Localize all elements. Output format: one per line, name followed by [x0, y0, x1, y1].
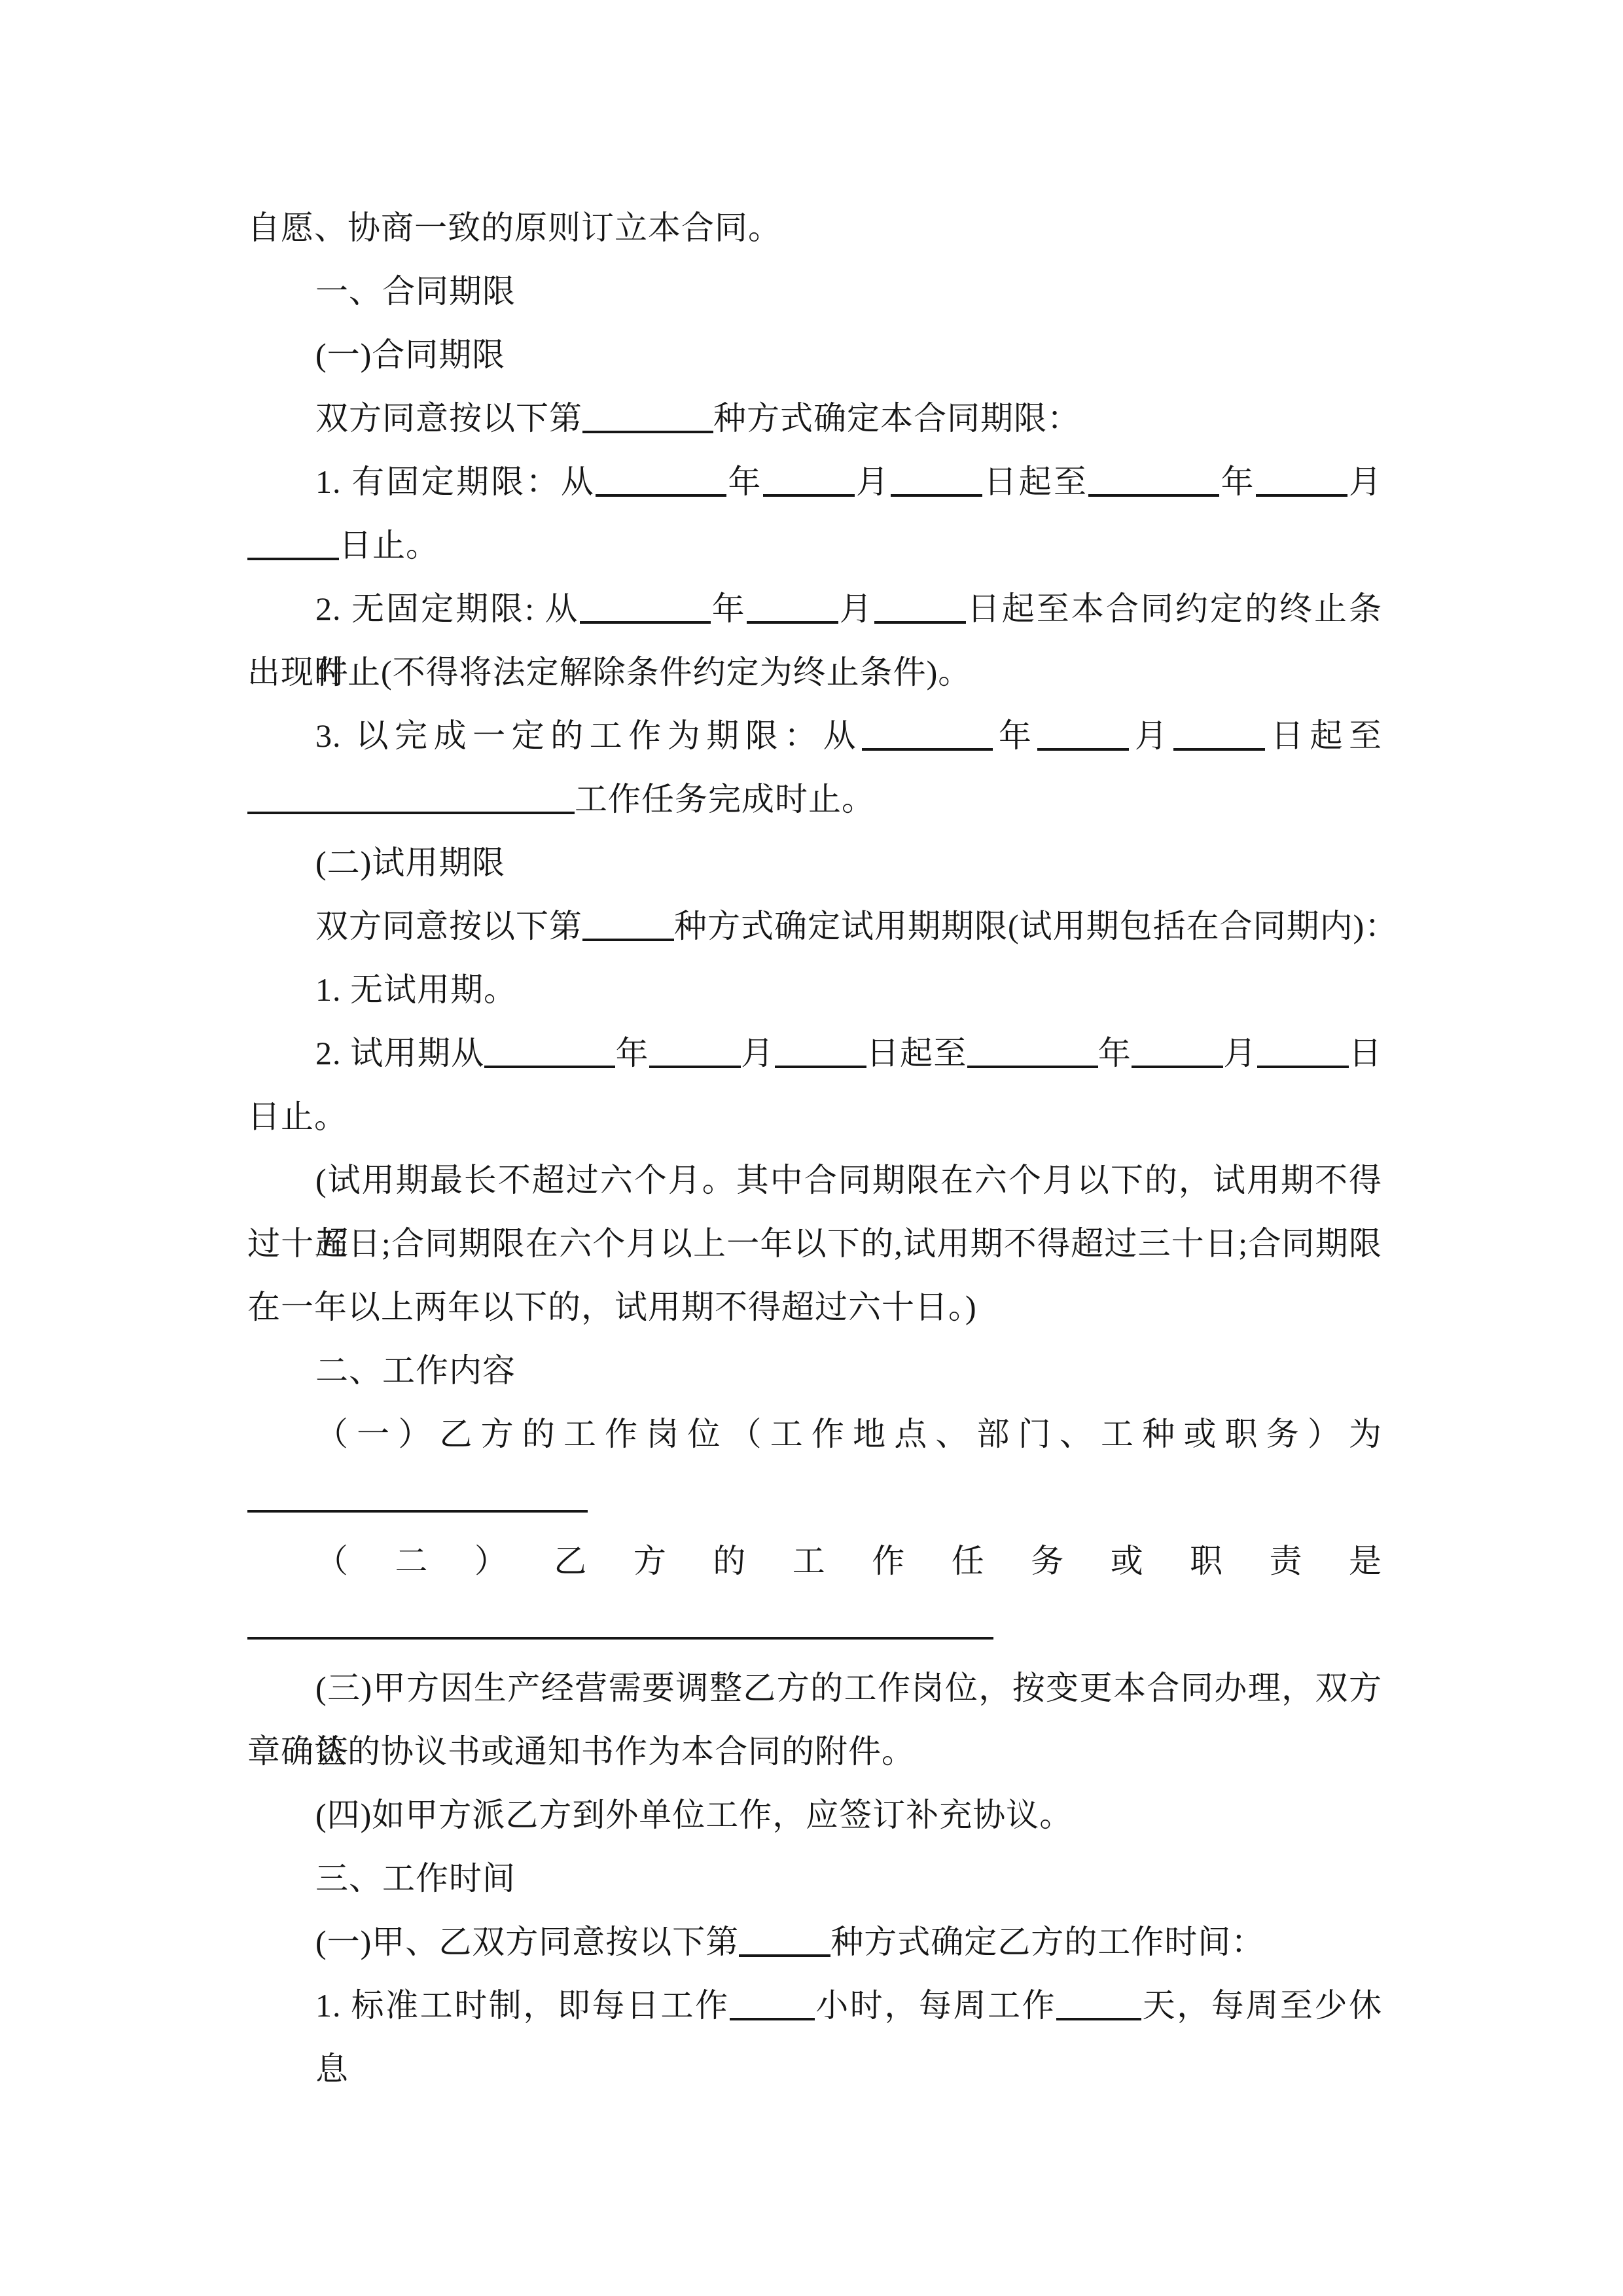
contract-text: （二）乙方的工作任务或职责是	[315, 1543, 1382, 1579]
contract-text: (四)如甲方派乙方到外单位工作，应签订补充协议。	[315, 1797, 1073, 1833]
blank-field	[763, 494, 855, 497]
blank-field	[649, 1066, 741, 1068]
contract-text: 月	[1347, 463, 1382, 500]
contract-line: （二）乙方的工作任务或职责是	[247, 1530, 1382, 1593]
contract-text: 2. 无固定期限: 从	[315, 590, 580, 627]
blank-field	[1132, 1066, 1223, 1068]
contract-line: 1. 无试用期。	[247, 958, 1382, 1022]
blank-field	[747, 621, 838, 624]
contract-text: 日起至	[866, 1035, 967, 1071]
contract-line: 2. 试用期从年月日起至年月日	[247, 1022, 1382, 1085]
blank-field	[247, 1510, 588, 1513]
contract-text: 1. 有固定期限：从	[315, 463, 596, 500]
contract-line: 双方同意按以下第种方式确定本合同期限：	[247, 387, 1382, 450]
blank-field	[247, 1637, 993, 1640]
contract-text: 3. 以完成一定的工作为期限：从	[315, 717, 862, 754]
blank-field	[730, 2018, 815, 2020]
contract-text: 种方式确定试用期期限(试用期包括在合同期内)：	[674, 908, 1398, 944]
contract-line: (一)合同期限	[247, 323, 1382, 387]
contract-text: 双方同意按以下第	[315, 908, 582, 944]
contract-line: 自愿、协商一致的原则订立本合同。	[247, 196, 1382, 260]
contract-line: 在一年以上两年以下的，试用期不得超过六十日。)	[247, 1276, 1382, 1339]
contract-text: 日	[1349, 1035, 1382, 1071]
contract-text: 年	[711, 590, 747, 627]
blank-field	[596, 494, 726, 497]
blank-field	[862, 748, 993, 751]
contract-text: 二、工作内容	[315, 1352, 516, 1389]
blank-field	[874, 621, 966, 624]
contract-text: 种方式确定乙方的工作时间：	[830, 1924, 1264, 1960]
blank-field	[739, 1954, 830, 1957]
contract-page: 自愿、协商一致的原则订立本合同。一、合同期限(一)合同期限双方同意按以下第种方式…	[0, 0, 1623, 2296]
contract-text: 三、工作时间	[315, 1860, 516, 1897]
blank-field	[582, 939, 674, 941]
contract-line: 工作任务完成时止。	[247, 768, 1382, 831]
contract-line: 出现时止(不得将法定解除条件约定为终止条件)。	[247, 641, 1382, 704]
contract-text: （一）乙方的工作岗位（工作地点、部门、工种或职务）为	[315, 1416, 1382, 1452]
contract-line: 一、合同期限	[247, 260, 1382, 323]
blank-field	[967, 1066, 1098, 1068]
contract-line: 1. 有固定期限：从年月日起至年月	[247, 450, 1382, 514]
contract-line: 章确认的协议书或通知书作为本合同的附件。	[247, 1720, 1382, 1784]
blank-field	[582, 431, 713, 433]
contract-line	[247, 1593, 1382, 1657]
contract-text: 2. 试用期从	[315, 1035, 484, 1071]
blank-field	[891, 494, 982, 497]
contract-text: 年	[726, 463, 763, 500]
contract-text: 月	[838, 590, 874, 627]
contract-line: 3. 以完成一定的工作为期限：从年月日起至	[247, 704, 1382, 768]
blank-field	[1256, 494, 1347, 497]
contract-line	[247, 1466, 1382, 1530]
contract-line: (二)试用期限	[247, 831, 1382, 895]
contract-text: (一)合同期限	[315, 336, 505, 373]
contract-text: 月	[855, 463, 891, 500]
contract-line: 三、工作时间	[247, 1847, 1382, 1910]
blank-field	[1037, 748, 1129, 751]
blank-field	[1088, 494, 1219, 497]
contract-text: 出现时止(不得将法定解除条件约定为终止条件)。	[247, 654, 971, 691]
contract-text: 年	[615, 1035, 649, 1071]
blank-field	[1056, 2018, 1141, 2020]
blank-field	[247, 558, 339, 560]
contract-line: (一)甲、乙双方同意按以下第种方式确定乙方的工作时间：	[247, 1910, 1382, 1974]
contract-line: 过十五日;合同期限在六个月以上一年以下的,试用期不得超过三十日;合同期限	[247, 1212, 1382, 1276]
contract-line: 二、工作内容	[247, 1339, 1382, 1403]
contract-line: 日止。	[247, 514, 1382, 577]
contract-text: 月	[1223, 1035, 1257, 1071]
contract-text: 在一年以上两年以下的，试用期不得超过六十日。)	[247, 1289, 977, 1325]
contract-text: 自愿、协商一致的原则订立本合同。	[247, 209, 781, 246]
contract-line: 1. 标准工时制，即每日工作小时，每周工作天，每周至少休息	[247, 1974, 1382, 2037]
contract-text: 双方同意按以下第	[315, 400, 582, 437]
blank-field	[580, 621, 711, 624]
contract-text: 1. 无试用期。	[315, 971, 517, 1008]
contract-text: 过十五日;合同期限在六个月以上一年以下的,试用期不得超过三十日;合同期限	[247, 1225, 1382, 1262]
contract-text: 日止。	[339, 527, 439, 564]
contract-text: 种方式确定本合同期限：	[713, 400, 1080, 437]
contract-text: 年	[1219, 463, 1256, 500]
contract-line: (三)甲方因生产经营需要调整乙方的工作岗位，按变更本合同办理，双方签	[247, 1657, 1382, 1720]
document-body: 自愿、协商一致的原则订立本合同。一、合同期限(一)合同期限双方同意按以下第种方式…	[247, 196, 1382, 2037]
contract-line: (四)如甲方派乙方到外单位工作，应签订补充协议。	[247, 1784, 1382, 1847]
contract-text: 工作任务完成时止。	[575, 781, 875, 817]
contract-text: 小时，每周工作	[815, 1987, 1056, 2024]
contract-text: 年	[1098, 1035, 1132, 1071]
contract-text: (二)试用期限	[315, 844, 505, 881]
contract-text: 日起至	[1265, 717, 1382, 754]
blank-field	[484, 1066, 615, 1068]
blank-field	[775, 1066, 866, 1068]
contract-line: 日止。	[247, 1085, 1382, 1149]
contract-text: 月	[741, 1035, 775, 1071]
blank-field	[1173, 748, 1265, 751]
contract-text: 日起至	[982, 463, 1088, 500]
contract-line: 2. 无固定期限: 从年月日起至本合同约定的终止条件	[247, 577, 1382, 641]
contract-text: 一、合同期限	[315, 273, 516, 310]
contract-line: （一）乙方的工作岗位（工作地点、部门、工种或职务）为	[247, 1403, 1382, 1466]
blank-field	[247, 812, 575, 814]
blank-field	[1257, 1066, 1349, 1068]
contract-text: 章确认的协议书或通知书作为本合同的附件。	[247, 1733, 915, 1770]
contract-text: 1. 标准工时制，即每日工作	[315, 1987, 730, 2024]
contract-line: 双方同意按以下第种方式确定试用期期限(试用期包括在合同期内)：	[247, 895, 1382, 958]
contract-text: 年	[993, 717, 1037, 754]
contract-text: 月	[1129, 717, 1173, 754]
contract-line: (试用期最长不超过六个月。其中合同期限在六个月以下的，试用期不得超	[247, 1149, 1382, 1212]
contract-text: (一)甲、乙双方同意按以下第	[315, 1924, 739, 1960]
contract-text: 日止。	[247, 1098, 348, 1135]
